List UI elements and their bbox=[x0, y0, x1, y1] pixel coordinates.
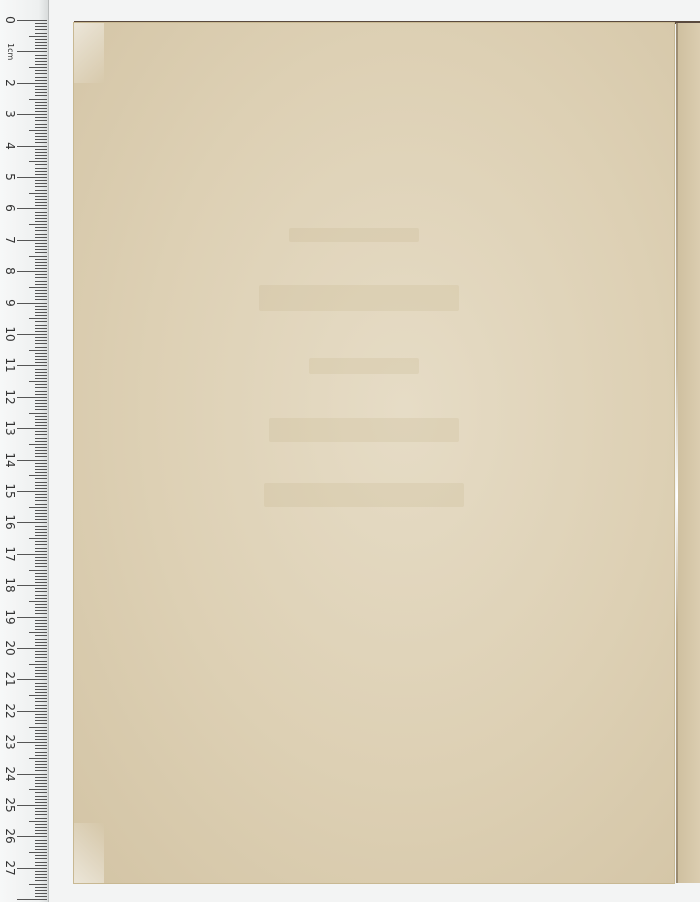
ruler-tick bbox=[35, 55, 47, 56]
ruler-tick bbox=[35, 199, 47, 200]
ruler-label: 0 bbox=[3, 12, 17, 28]
ruler-tick bbox=[35, 849, 47, 850]
ruler-tick bbox=[35, 387, 47, 388]
ruler-tick bbox=[35, 733, 47, 734]
ruler-tick bbox=[35, 120, 47, 121]
ruler-tick bbox=[29, 130, 47, 131]
ruler-tick bbox=[35, 526, 47, 527]
ruler-tick bbox=[17, 679, 47, 680]
ruler-tick bbox=[35, 434, 47, 435]
ruler-tick bbox=[35, 730, 47, 731]
ruler-tick bbox=[17, 522, 47, 523]
ruler-tick bbox=[35, 58, 47, 59]
ruler-tick bbox=[35, 158, 47, 159]
ruler-tick bbox=[35, 48, 47, 49]
ruler-label: 14 bbox=[3, 452, 17, 468]
ruler-tick bbox=[35, 139, 47, 140]
ruler-tick bbox=[35, 799, 47, 800]
ruler-tick bbox=[35, 142, 47, 143]
ruler-tick bbox=[35, 70, 47, 71]
ruler-tick bbox=[35, 441, 47, 442]
ruler-tick bbox=[29, 381, 47, 382]
ruler-tick bbox=[35, 422, 47, 423]
ruler-tick bbox=[35, 529, 47, 530]
ruler-tick bbox=[35, 827, 47, 828]
ruler-tick bbox=[35, 670, 47, 671]
ruler-tick bbox=[29, 444, 47, 445]
ruler-tick bbox=[35, 196, 47, 197]
ruler-tick bbox=[29, 318, 47, 319]
ruler-tick bbox=[35, 582, 47, 583]
ruler-tick bbox=[35, 874, 47, 875]
ruler-tick bbox=[35, 620, 47, 621]
bleed-through-line bbox=[264, 483, 464, 507]
ruler-label: 3 bbox=[3, 106, 17, 122]
ruler-tick bbox=[17, 836, 47, 837]
ruler-tick bbox=[35, 450, 47, 451]
ruler-tick bbox=[35, 456, 47, 457]
ruler-tick bbox=[29, 224, 47, 225]
ruler-tick bbox=[35, 588, 47, 589]
ruler-label: 17 bbox=[3, 546, 17, 562]
ruler-tick bbox=[35, 482, 47, 483]
ruler-tick bbox=[35, 591, 47, 592]
ruler-tick bbox=[35, 645, 47, 646]
ruler-tick bbox=[35, 168, 47, 169]
ruler-tick bbox=[35, 858, 47, 859]
ruler-tick bbox=[35, 328, 47, 329]
ruler-tick bbox=[17, 617, 47, 618]
ruler-tick bbox=[35, 896, 47, 897]
ruler-tick bbox=[35, 347, 47, 348]
ruler-tick bbox=[35, 111, 47, 112]
ruler-tick bbox=[35, 736, 47, 737]
ruler-tick bbox=[35, 780, 47, 781]
ruler-tick bbox=[35, 39, 47, 40]
ruler-tick bbox=[35, 202, 47, 203]
ruler-label: 16 bbox=[3, 514, 17, 530]
ruler-tick bbox=[35, 246, 47, 247]
ruler-tick bbox=[35, 265, 47, 266]
ruler-tick bbox=[35, 61, 47, 62]
measuring-ruler: 01cm234567891011121314151617181920212223… bbox=[0, 0, 49, 902]
ruler-tick bbox=[35, 519, 47, 520]
ruler-tick bbox=[35, 127, 47, 128]
ruler-tick bbox=[35, 331, 47, 332]
ruler-tick bbox=[29, 695, 47, 696]
ruler-tick bbox=[17, 460, 47, 461]
ruler-tick bbox=[35, 252, 47, 253]
ruler-tick bbox=[35, 340, 47, 341]
ruler-tick bbox=[35, 469, 47, 470]
ruler-tick bbox=[29, 821, 47, 822]
ruler-tick bbox=[35, 576, 47, 577]
ruler-tick bbox=[17, 711, 47, 712]
ruler-tick bbox=[29, 570, 47, 571]
ruler-tick bbox=[35, 701, 47, 702]
ruler-tick bbox=[35, 26, 47, 27]
ruler-tick bbox=[35, 720, 47, 721]
ruler-tick bbox=[29, 538, 47, 539]
ruler-tick bbox=[35, 595, 47, 596]
ruler-tick bbox=[35, 748, 47, 749]
ruler-label: 25 bbox=[3, 797, 17, 813]
ruler-label: 9 bbox=[3, 295, 17, 311]
ruler-tick bbox=[29, 161, 47, 162]
ruler-tick bbox=[35, 268, 47, 269]
ruler-tick bbox=[35, 497, 47, 498]
ruler-tick bbox=[17, 868, 47, 869]
adjacent-page-edge bbox=[678, 23, 700, 883]
ruler-tick bbox=[35, 544, 47, 545]
ruler-tick bbox=[35, 362, 47, 363]
ruler-tick bbox=[35, 654, 47, 655]
ruler-label: 26 bbox=[3, 828, 17, 844]
ruler-tick bbox=[35, 180, 47, 181]
ruler-tick bbox=[29, 36, 47, 37]
ruler-tick bbox=[35, 752, 47, 753]
ruler-tick bbox=[35, 105, 47, 106]
ruler-tick bbox=[35, 306, 47, 307]
ruler-tick bbox=[35, 108, 47, 109]
ruler-tick bbox=[35, 234, 47, 235]
ruler-tick bbox=[35, 535, 47, 536]
ruler-tick bbox=[35, 391, 47, 392]
ruler-tick bbox=[29, 99, 47, 100]
ruler-tick bbox=[35, 290, 47, 291]
ruler-tick bbox=[35, 89, 47, 90]
ruler-tick bbox=[17, 491, 47, 492]
ruler-tick bbox=[35, 73, 47, 74]
ruler-tick bbox=[35, 830, 47, 831]
ruler-tick bbox=[35, 80, 47, 81]
ruler-tick bbox=[35, 686, 47, 687]
ruler-tick bbox=[35, 92, 47, 93]
ruler-tick bbox=[17, 774, 47, 775]
ruler-tick bbox=[35, 551, 47, 552]
ruler-tick bbox=[35, 356, 47, 357]
ruler-tick bbox=[35, 243, 47, 244]
ruler-tick bbox=[35, 566, 47, 567]
ruler-tick bbox=[35, 299, 47, 300]
ruler-tick bbox=[35, 400, 47, 401]
ruler-tick bbox=[17, 554, 47, 555]
ruler-tick bbox=[35, 485, 47, 486]
ruler-tick bbox=[35, 277, 47, 278]
ruler-label: 8 bbox=[3, 263, 17, 279]
ruler-tick bbox=[35, 626, 47, 627]
ruler-tick bbox=[35, 705, 47, 706]
ruler-tick bbox=[35, 811, 47, 812]
ruler-tick bbox=[35, 45, 47, 46]
ruler-tick bbox=[29, 789, 47, 790]
blank-page bbox=[74, 23, 674, 883]
ruler-tick bbox=[35, 262, 47, 263]
ruler-label: 15 bbox=[3, 483, 17, 499]
ruler-tick bbox=[35, 155, 47, 156]
ruler-tick bbox=[35, 293, 47, 294]
ruler-tick bbox=[35, 893, 47, 894]
ruler-tick bbox=[35, 557, 47, 558]
ruler-tick bbox=[35, 548, 47, 549]
ruler-tick bbox=[35, 183, 47, 184]
ruler-tick bbox=[35, 296, 47, 297]
ruler-tick bbox=[35, 281, 47, 282]
ruler-label: 20 bbox=[3, 640, 17, 656]
ruler-tick bbox=[35, 714, 47, 715]
ruler-tick bbox=[35, 698, 47, 699]
ruler-tick bbox=[35, 478, 47, 479]
worn-corner-top bbox=[74, 23, 104, 83]
ruler-tick bbox=[35, 215, 47, 216]
ruler-tick bbox=[29, 350, 47, 351]
ruler-tick bbox=[35, 516, 47, 517]
ruler-tick bbox=[35, 610, 47, 611]
ruler-label: 22 bbox=[3, 703, 17, 719]
ruler-tick bbox=[35, 808, 47, 809]
ruler-tick bbox=[35, 504, 47, 505]
worn-corner-bottom bbox=[74, 823, 104, 883]
ruler-tick bbox=[35, 676, 47, 677]
ruler-tick bbox=[17, 805, 47, 806]
ruler-label: 10 bbox=[3, 326, 17, 342]
ruler-tick bbox=[35, 212, 47, 213]
ruler-tick bbox=[35, 343, 47, 344]
ruler-tick bbox=[35, 792, 47, 793]
ruler-tick bbox=[35, 846, 47, 847]
ruler-tick bbox=[17, 20, 47, 21]
ruler-tick bbox=[35, 862, 47, 863]
ruler-tick bbox=[17, 899, 47, 900]
ruler-tick bbox=[35, 777, 47, 778]
ruler-tick bbox=[35, 755, 47, 756]
ruler-tick bbox=[17, 742, 47, 743]
ruler-tick bbox=[35, 840, 47, 841]
ruler-tick bbox=[35, 510, 47, 511]
ruler-label: 18 bbox=[3, 577, 17, 593]
bleed-through-line bbox=[309, 358, 419, 374]
ruler-tick bbox=[35, 818, 47, 819]
ruler-tick bbox=[35, 887, 47, 888]
ruler-tick bbox=[35, 23, 47, 24]
ruler-tick bbox=[35, 745, 47, 746]
ruler-tick bbox=[35, 378, 47, 379]
ruler-tick bbox=[35, 541, 47, 542]
ruler-tick bbox=[35, 164, 47, 165]
ruler-tick bbox=[35, 667, 47, 668]
ruler-tick bbox=[35, 133, 47, 134]
ruler-tick bbox=[35, 77, 47, 78]
ruler-tick bbox=[35, 607, 47, 608]
ruler-tick bbox=[35, 33, 47, 34]
ruler-tick bbox=[29, 758, 47, 759]
ruler-tick bbox=[35, 673, 47, 674]
ruler-tick bbox=[35, 708, 47, 709]
ruler-tick bbox=[17, 648, 47, 649]
ruler-tick bbox=[17, 303, 47, 304]
ruler-tick bbox=[17, 146, 47, 147]
ruler-tick bbox=[35, 409, 47, 410]
ruler-tick bbox=[35, 532, 47, 533]
ruler-tick bbox=[29, 475, 47, 476]
ruler-tick bbox=[35, 865, 47, 866]
ruler-tick bbox=[35, 761, 47, 762]
ruler-tick bbox=[35, 221, 47, 222]
ruler-tick bbox=[17, 585, 47, 586]
ruler-tick bbox=[35, 500, 47, 501]
ruler-tick bbox=[29, 664, 47, 665]
ruler-tick bbox=[35, 494, 47, 495]
ruler-tick bbox=[29, 67, 47, 68]
ruler-tick bbox=[35, 880, 47, 881]
ruler-tick bbox=[35, 369, 47, 370]
ruler-tick bbox=[35, 416, 47, 417]
ruler-tick bbox=[35, 739, 47, 740]
ruler-tick bbox=[35, 613, 47, 614]
ruler-tick bbox=[35, 42, 47, 43]
ruler-tick bbox=[17, 51, 47, 52]
ruler-tick bbox=[17, 208, 47, 209]
ruler-tick bbox=[35, 95, 47, 96]
ruler-tick bbox=[35, 372, 47, 373]
ruler-tick bbox=[35, 623, 47, 624]
ruler-tick bbox=[17, 365, 47, 366]
ruler-tick bbox=[35, 472, 47, 473]
ruler-tick bbox=[35, 723, 47, 724]
ruler-tick bbox=[35, 513, 47, 514]
ruler-tick bbox=[35, 353, 47, 354]
ruler-tick bbox=[17, 240, 47, 241]
ruler-tick bbox=[35, 463, 47, 464]
ruler-tick bbox=[29, 601, 47, 602]
ruler-label: 5 bbox=[3, 169, 17, 185]
ruler-tick bbox=[35, 488, 47, 489]
ruler-tick bbox=[35, 321, 47, 322]
ruler-tick bbox=[35, 683, 47, 684]
ruler-tick bbox=[35, 403, 47, 404]
ruler-label: 12 bbox=[3, 389, 17, 405]
ruler-tick bbox=[35, 629, 47, 630]
ruler-label: 21 bbox=[3, 671, 17, 687]
ruler-tick bbox=[35, 384, 47, 385]
ruler-tick bbox=[35, 877, 47, 878]
ruler-tick bbox=[35, 431, 47, 432]
ruler-tick bbox=[35, 312, 47, 313]
ruler-tick bbox=[17, 334, 47, 335]
ruler-label: 6 bbox=[3, 200, 17, 216]
ruler-tick bbox=[17, 114, 47, 115]
ruler-tick bbox=[35, 767, 47, 768]
ruler-tick bbox=[35, 438, 47, 439]
ruler-tick bbox=[35, 117, 47, 118]
ruler-tick bbox=[35, 86, 47, 87]
ruler-tick bbox=[35, 425, 47, 426]
ruler-tick bbox=[35, 651, 47, 652]
ruler-tick bbox=[35, 890, 47, 891]
ruler-tick bbox=[17, 428, 47, 429]
ruler-tick bbox=[35, 174, 47, 175]
ruler-label: 11 bbox=[3, 357, 17, 373]
bleed-through-line bbox=[269, 418, 459, 442]
ruler-tick bbox=[29, 507, 47, 508]
ruler-tick bbox=[35, 337, 47, 338]
ruler-tick bbox=[35, 796, 47, 797]
ruler-tick bbox=[35, 447, 47, 448]
ruler-tick bbox=[17, 177, 47, 178]
ruler-tick bbox=[35, 419, 47, 420]
ruler-tick bbox=[35, 453, 47, 454]
ruler-tick bbox=[35, 802, 47, 803]
ruler-tick bbox=[35, 227, 47, 228]
ruler-tick bbox=[35, 560, 47, 561]
ruler-tick bbox=[35, 814, 47, 815]
ruler-tick bbox=[35, 871, 47, 872]
ruler-label: 4 bbox=[3, 138, 17, 154]
ruler-label: 23 bbox=[3, 734, 17, 750]
ruler-label: 7 bbox=[3, 232, 17, 248]
bleed-through-line bbox=[259, 285, 459, 311]
ruler-tick bbox=[35, 786, 47, 787]
ruler-tick bbox=[35, 406, 47, 407]
ruler-tick bbox=[35, 237, 47, 238]
ruler-tick bbox=[35, 218, 47, 219]
bleed-through-line bbox=[289, 228, 419, 242]
ruler-tick bbox=[35, 642, 47, 643]
ruler-label: 24 bbox=[3, 766, 17, 782]
ruler-tick bbox=[35, 190, 47, 191]
ruler-tick bbox=[35, 466, 47, 467]
ruler-tick bbox=[35, 394, 47, 395]
ruler-tick bbox=[35, 579, 47, 580]
ruler-tick bbox=[35, 783, 47, 784]
ruler-tick bbox=[17, 83, 47, 84]
ruler-label: 19 bbox=[3, 609, 17, 625]
ruler-tick bbox=[35, 824, 47, 825]
ruler-label: 27 bbox=[3, 860, 17, 876]
ruler-tick bbox=[35, 325, 47, 326]
ruler-tick bbox=[29, 287, 47, 288]
ruler-tick bbox=[35, 259, 47, 260]
ruler-tick bbox=[35, 230, 47, 231]
ruler-tick bbox=[35, 375, 47, 376]
ruler-tick bbox=[29, 884, 47, 885]
ruler-tick bbox=[35, 573, 47, 574]
ruler-tick bbox=[35, 186, 47, 187]
ruler-tick bbox=[35, 635, 47, 636]
ruler-tick bbox=[17, 271, 47, 272]
ruler-tick bbox=[29, 727, 47, 728]
ruler-tick bbox=[35, 692, 47, 693]
ruler-tick bbox=[35, 205, 47, 206]
ruler-label: 13 bbox=[3, 420, 17, 436]
ruler-tick bbox=[35, 639, 47, 640]
ruler-tick bbox=[29, 852, 47, 853]
ruler-tick bbox=[35, 598, 47, 599]
ruler-tick bbox=[35, 149, 47, 150]
ruler-tick bbox=[17, 397, 47, 398]
ruler-tick bbox=[35, 102, 47, 103]
ruler-tick bbox=[35, 843, 47, 844]
ruler-tick bbox=[35, 657, 47, 658]
ruler-tick bbox=[35, 284, 47, 285]
ruler-label: 2 bbox=[3, 75, 17, 91]
ruler-tick bbox=[35, 249, 47, 250]
ruler-tick bbox=[35, 152, 47, 153]
ruler-tick bbox=[35, 661, 47, 662]
ruler-tick bbox=[35, 604, 47, 605]
ruler-tick bbox=[35, 136, 47, 137]
ruler-tick bbox=[35, 359, 47, 360]
